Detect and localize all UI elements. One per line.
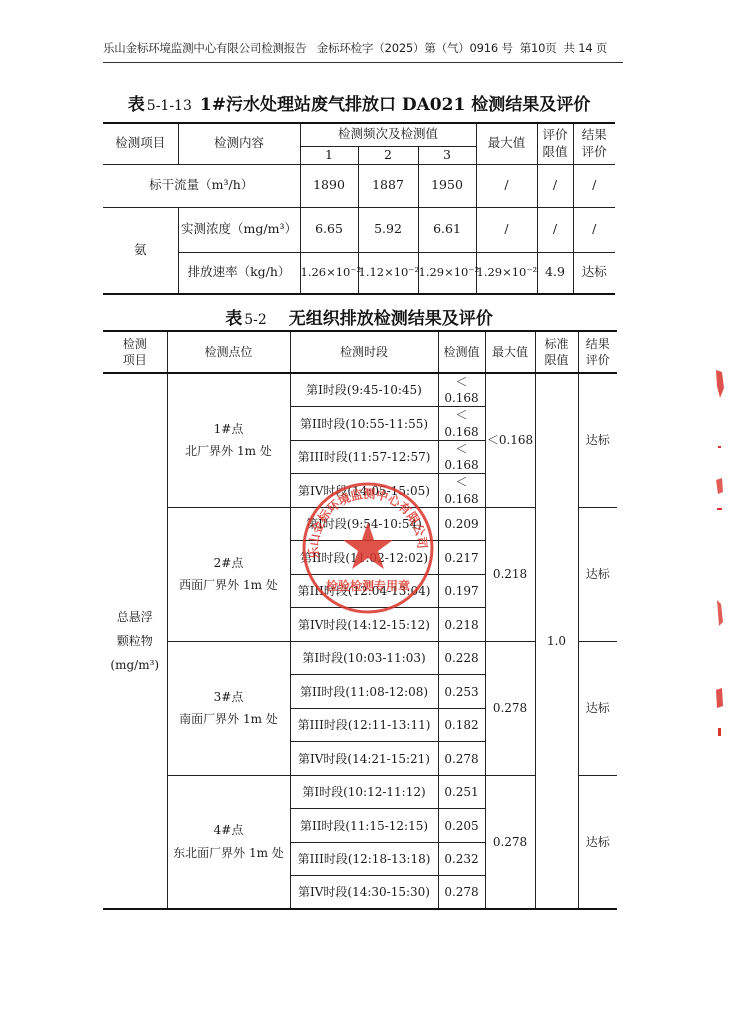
max-value-cell: 0.278 <box>485 775 535 909</box>
title-number: 5-2 <box>244 312 267 328</box>
value-cell: 0.182 <box>438 708 485 742</box>
period-cell: 第I时段(9:54-10:54) <box>290 507 438 541</box>
table1-title: 表5-1-131#污水处理站废气排放口 DA021 检测结果及评价 <box>103 90 615 115</box>
value-cell: 0.205 <box>438 809 485 843</box>
max-value-cell: ＜0.168 <box>485 373 535 507</box>
table2-title: 表5-2无组织排放检测结果及评价 <box>103 304 615 329</box>
value-cell: ＜0.168 <box>438 373 485 407</box>
item-name-line: 总悬浮 <box>103 605 167 629</box>
page-total: 共 14 页 <box>563 41 607 55</box>
period-cell: 第IV时段(14:30-15:30) <box>290 876 438 910</box>
rate-label: 排放速率（kg/h） <box>178 252 300 294</box>
header-result: 结果评价 <box>573 123 615 164</box>
report-number: 金标环检字（2025）第（气）0916 号 <box>317 41 513 55</box>
rate-v2: 1.12×10⁻² <box>358 252 418 294</box>
header-n1: 1 <box>300 146 358 164</box>
table-row: 总悬浮颗粒物(mg/m³)1#点北厂界外 1m 处第I时段(9:45-10:45… <box>103 373 617 407</box>
monitoring-point: 4#点东北面厂界外 1m 处 <box>167 775 290 909</box>
title-number: 5-1-13 <box>147 98 192 114</box>
item-tsp: 总悬浮颗粒物(mg/m³) <box>103 373 167 909</box>
max-value-cell: 0.278 <box>485 641 535 775</box>
value-cell: 0.217 <box>438 541 485 575</box>
point-name: 2#点 <box>168 552 290 575</box>
header-content: 检测内容 <box>178 123 300 164</box>
header-item-text: 检测项目 <box>122 336 148 368</box>
report-header: 乐山金标环境监测中心有限公司检测报告 金标环检字（2025）第（气）0916 号… <box>103 40 623 56</box>
period-cell: 第IV时段(14:21-15:21) <box>290 742 438 776</box>
conc-result: / <box>573 207 615 252</box>
page-number: 第10页 <box>520 41 557 55</box>
point-desc: 西面厂界外 1m 处 <box>168 574 290 597</box>
conc-v2: 5.92 <box>358 207 418 252</box>
result-cell: 达标 <box>578 507 617 641</box>
title-text: 1#污水处理站废气排放口 DA021 检测结果及评价 <box>200 95 590 115</box>
point-name: 4#点 <box>168 819 290 842</box>
standard-limit-cell: 1.0 <box>535 373 578 909</box>
conc-v1: 6.65 <box>300 207 358 252</box>
flow-v1: 1890 <box>300 164 358 207</box>
flow-result: / <box>573 164 615 207</box>
result-cell: 达标 <box>578 641 617 775</box>
flow-limit: / <box>537 164 573 207</box>
value-cell: 0.197 <box>438 574 485 608</box>
period-cell: 第II时段(11:02-12:02) <box>290 541 438 575</box>
period-cell: 第IV时段(14:12-15:12) <box>290 608 438 642</box>
header-divider <box>103 62 623 63</box>
rate-max: 1.29×10⁻² <box>476 252 537 294</box>
result-cell: 达标 <box>578 373 617 507</box>
header-max: 最大值 <box>485 331 535 373</box>
period-cell: 第III时段(12:11-13:11) <box>290 708 438 742</box>
value-cell: 0.228 <box>438 641 485 675</box>
paging-seal-marks <box>710 360 729 750</box>
period-cell: 第II时段(11:08-12:08) <box>290 675 438 709</box>
title-text: 无组织排放检测结果及评价 <box>289 309 493 329</box>
header-result-text: 结果评价 <box>585 336 611 368</box>
period-cell: 第I时段(9:45-10:45) <box>290 373 438 407</box>
item-name-line: 颗粒物 <box>103 629 167 653</box>
conc-v3: 6.61 <box>418 207 476 252</box>
point-desc: 东北面厂界外 1m 处 <box>168 842 290 865</box>
value-cell: 0.232 <box>438 842 485 876</box>
conc-max: / <box>476 207 537 252</box>
monitoring-point: 3#点南面厂界外 1m 处 <box>167 641 290 775</box>
value-cell: 0.278 <box>438 876 485 910</box>
header-point: 检测点位 <box>167 331 290 373</box>
table-row: 标干流量（m³/h） 1890 1887 1950 / / / <box>103 164 615 207</box>
value-cell: ＜0.168 <box>438 440 485 474</box>
point-desc: 北厂界外 1m 处 <box>168 440 290 463</box>
period-cell: 第III时段(12:04-13:04) <box>290 574 438 608</box>
header-item: 检测项目 <box>103 331 167 373</box>
table-row: 氨 实测浓度（mg/m³） 6.65 5.92 6.61 / / / <box>103 207 615 252</box>
value-cell: 0.253 <box>438 675 485 709</box>
flow-v3: 1950 <box>418 164 476 207</box>
flow-label: 标干流量（m³/h） <box>103 164 300 207</box>
header-n2: 2 <box>358 146 418 164</box>
header-result-text: 结果评价 <box>581 127 607 161</box>
value-cell: 0.209 <box>438 507 485 541</box>
item-name-line: (mg/m³) <box>103 653 167 677</box>
conc-limit: / <box>537 207 573 252</box>
conc-label: 实测浓度（mg/m³） <box>178 207 300 252</box>
value-cell: ＜0.168 <box>438 407 485 441</box>
company-name: 乐山金标环境监测中心有限公司检测报告 <box>103 41 306 55</box>
table-row: 排放速率（kg/h） 1.26×10⁻² 1.12×10⁻² 1.29×10⁻²… <box>103 252 615 294</box>
header-item: 检测项目 <box>103 123 178 164</box>
rate-result: 达标 <box>573 252 615 294</box>
point-desc: 南面厂界外 1m 处 <box>168 708 290 731</box>
max-value-cell: 0.218 <box>485 507 535 641</box>
rate-v1: 1.26×10⁻² <box>300 252 358 294</box>
flow-max: / <box>476 164 537 207</box>
point-name: 3#点 <box>168 686 290 709</box>
title-prefix: 表 <box>225 309 242 329</box>
rate-limit: 4.9 <box>537 252 573 294</box>
exhaust-results-table: 检测项目 检测内容 检测频次及检测值 最大值 评价限值 结果评价 1 2 3 标… <box>103 122 615 295</box>
period-cell: 第III时段(12:18-13:18) <box>290 842 438 876</box>
period-cell: 第II时段(11:15-12:15) <box>290 809 438 843</box>
flow-v2: 1887 <box>358 164 418 207</box>
period-cell: 第I时段(10:12-11:12) <box>290 775 438 809</box>
monitoring-point: 1#点北厂界外 1m 处 <box>167 373 290 507</box>
header-limit: 评价限值 <box>537 123 573 164</box>
value-cell: 0.218 <box>438 608 485 642</box>
result-cell: 达标 <box>578 775 617 909</box>
header-result: 结果评价 <box>578 331 617 373</box>
value-cell: 0.278 <box>438 742 485 776</box>
fugitive-results-table: 检测项目 检测点位 检测时段 检测值 最大值 标准限值 结果评价 总悬浮颗粒物(… <box>103 330 617 910</box>
value-cell: ＜0.168 <box>438 474 485 508</box>
period-cell: 第I时段(10:03-11:03) <box>290 641 438 675</box>
rate-v3: 1.29×10⁻² <box>418 252 476 294</box>
header-frequency: 检测频次及检测值 <box>300 123 476 146</box>
period-cell: 第IV时段(14:05-15:05) <box>290 474 438 508</box>
period-cell: 第II时段(10:55-11:55) <box>290 407 438 441</box>
period-cell: 第III时段(11:57-12:57) <box>290 440 438 474</box>
monitoring-point: 2#点西面厂界外 1m 处 <box>167 507 290 641</box>
header-limit: 标准限值 <box>535 331 578 373</box>
value-cell: 0.251 <box>438 775 485 809</box>
point-name: 1#点 <box>168 418 290 441</box>
header-n3: 3 <box>418 146 476 164</box>
header-limit-text: 标准限值 <box>544 336 570 368</box>
header-value: 检测值 <box>438 331 485 373</box>
header-limit-text: 评价限值 <box>542 127 568 161</box>
header-period: 检测时段 <box>290 331 438 373</box>
header-max: 最大值 <box>476 123 537 164</box>
item-ammonia: 氨 <box>103 207 178 294</box>
title-prefix: 表 <box>128 95 145 115</box>
